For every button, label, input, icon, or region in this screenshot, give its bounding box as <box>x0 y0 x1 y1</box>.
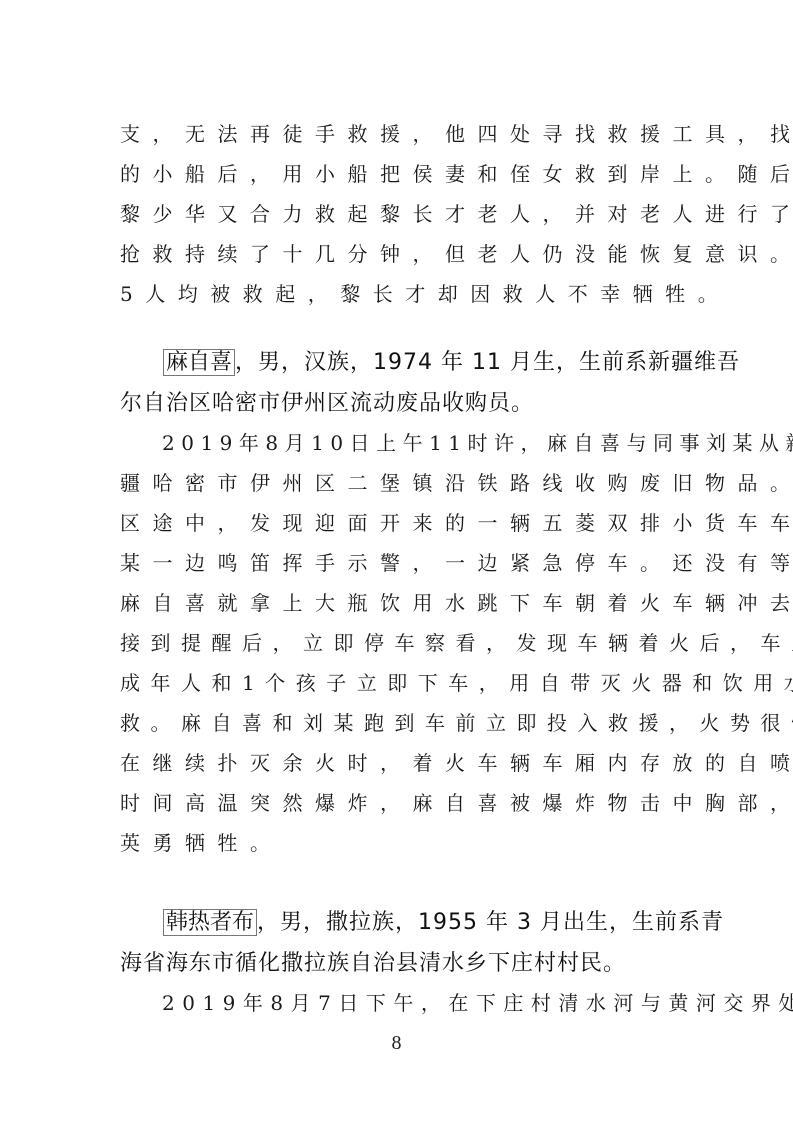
paragraph-line: 在继续扑灭余火时，着火车辆车厢内存放的自喷漆罐由于长 <box>120 747 793 776</box>
paragraph-line: 的小船后，用小船把侯妻和侄女救到岸上。随后，龙建权、 <box>120 158 793 187</box>
entry-heading-line2: 尔自治区哈密市伊州区流动废品收购员。 <box>120 386 534 417</box>
paragraph-line: 抢救持续了十几分钟，但老人仍没能恢复意识。最终落水的 <box>120 238 793 267</box>
paragraph-line: 救。麻自喜和刘某跑到车前立即投入救援，火势很快被压制。 <box>120 707 793 736</box>
paragraph-line: 区途中，发现迎面开来的一辆五菱双排小货车车厢着火。刘 <box>120 507 793 536</box>
page-number: 8 <box>0 1032 793 1055</box>
paragraph-line: 疆哈密市伊州区二堡镇沿铁路线收购废旧物品。返回哈密市 <box>120 467 793 496</box>
paragraph-line: 5人均被救起，黎长才却因救人不幸牺牲。 <box>120 278 730 307</box>
paragraph-line: 英勇牺牲。 <box>120 827 283 856</box>
paragraph-line: 接到提醒后，立即停车察看，发现车辆着火后，车上的3名 <box>120 627 793 656</box>
paragraph-line: 2019年8月7日下午，在下庄村清水河与黄河交界处， <box>162 987 793 1016</box>
paragraph-line: 2019年8月10日上午11时许，麻自喜与同事刘某从新 <box>162 427 793 456</box>
paragraph-line: 黎少华又合力救起黎长才老人，并对老人进行了心肺复苏， <box>120 198 793 227</box>
paragraph-line: 支，无法再徒手救援，他四处寻找救援工具，找到停在江边 <box>120 118 793 147</box>
entry-heading: 韩热者布，男，撒拉族，1955 年 3 月出生，生前系青 <box>163 905 724 936</box>
paragraph-line: 时间高温突然爆炸，麻自喜被爆炸物击中胸部，经抢救无效 <box>120 787 793 816</box>
person-name: 韩热者布 <box>163 909 257 936</box>
heading-text: ，男，撒拉族，1955 年 3 月出生，生前系青 <box>257 910 724 935</box>
paragraph-line: 某一边鸣笛挥手示警，一边紧急停车。还没有等车辆停稳， <box>120 547 793 576</box>
person-name: 麻自喜 <box>163 349 235 376</box>
paragraph-line: 麻自喜就拿上大瓶饮用水跳下车朝着火车辆冲去。对方车辆 <box>120 587 793 616</box>
paragraph-line: 成年人和1个孩子立即下车，用自带灭火器和饮用水进行自 <box>120 667 793 696</box>
entry-heading-line2: 海省海东市循化撒拉族自治县清水乡下庄村村民。 <box>120 946 626 977</box>
entry-heading: 麻自喜，男，汉族，1974 年 11 月生，生前系新疆维吾 <box>163 345 740 376</box>
heading-text: ，男，汉族，1974 年 11 月生，生前系新疆维吾 <box>235 350 740 375</box>
